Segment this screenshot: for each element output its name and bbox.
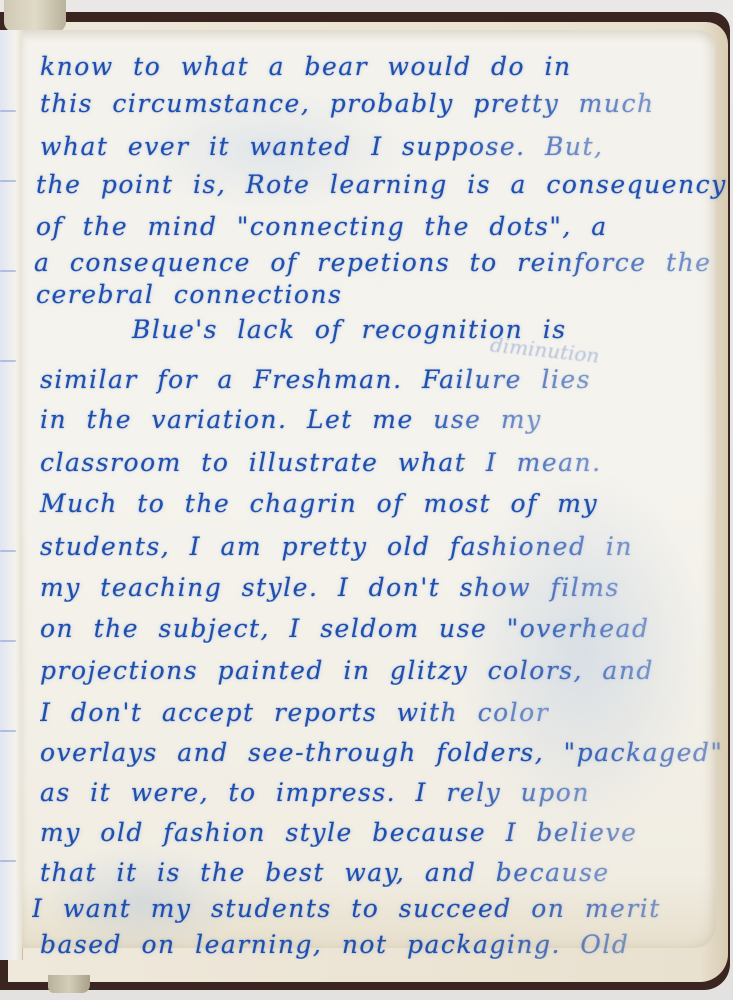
paragraph-start-line: Blue's lack of recognition is <box>40 315 567 344</box>
bleed-through-mark <box>0 180 16 182</box>
text-line: that it is the best way, and because <box>40 858 610 887</box>
text-line: overlays and see-through folders, "packa… <box>40 738 723 767</box>
bleed-through-mark <box>0 550 16 552</box>
text-line: I want my students to succeed on merit <box>32 894 661 923</box>
text-line: my teaching style. I don't show films <box>40 573 620 602</box>
text-line: this circumstance, probably pretty much <box>40 89 655 118</box>
text-line: I don't accept reports with color <box>40 698 549 727</box>
text-line: as it were, to impress. I rely upon <box>40 778 590 807</box>
bleed-through-mark <box>0 640 16 642</box>
text-line: of the mind "connecting the dots", a <box>36 212 608 241</box>
bleed-through-mark <box>0 730 16 732</box>
text-line: cerebral connections <box>36 280 342 309</box>
text-line: know to what a bear would do in <box>40 52 572 81</box>
bleed-through-mark <box>0 270 16 272</box>
notebook-photo: know to what a bear would do in this cir… <box>0 0 733 1000</box>
text-line: similar for a Freshman. Failure lies <box>40 365 591 394</box>
bleed-through-mark <box>0 360 16 362</box>
bleed-through-mark <box>0 110 16 112</box>
ribbon-bookmark-top <box>4 0 66 32</box>
text-line: classroom to illustrate what I mean. <box>40 448 602 477</box>
text-line: Much to the chagrin of most of my <box>40 489 598 518</box>
text-line: students, I am pretty old fashioned in <box>40 532 633 561</box>
ribbon-bookmark-bottom <box>48 975 90 993</box>
text-line: what ever it wanted I suppose. But, <box>40 132 604 161</box>
text-line: the point is, Rote learning is a consequ… <box>36 170 727 199</box>
text-line: on the subject, I seldom use "overhead <box>40 614 649 643</box>
text-line: in the variation. Let me use my <box>40 405 542 434</box>
text-line: a consequence of repetions to reinforce … <box>34 248 711 277</box>
bleed-through-mark <box>0 860 16 862</box>
text-line: based on learning, not packaging. Old <box>40 930 629 959</box>
text-line: projections painted in glitzy colors, an… <box>40 656 654 685</box>
text-line: my old fashion style because I believe <box>40 818 637 847</box>
facing-page-sliver <box>0 30 23 960</box>
